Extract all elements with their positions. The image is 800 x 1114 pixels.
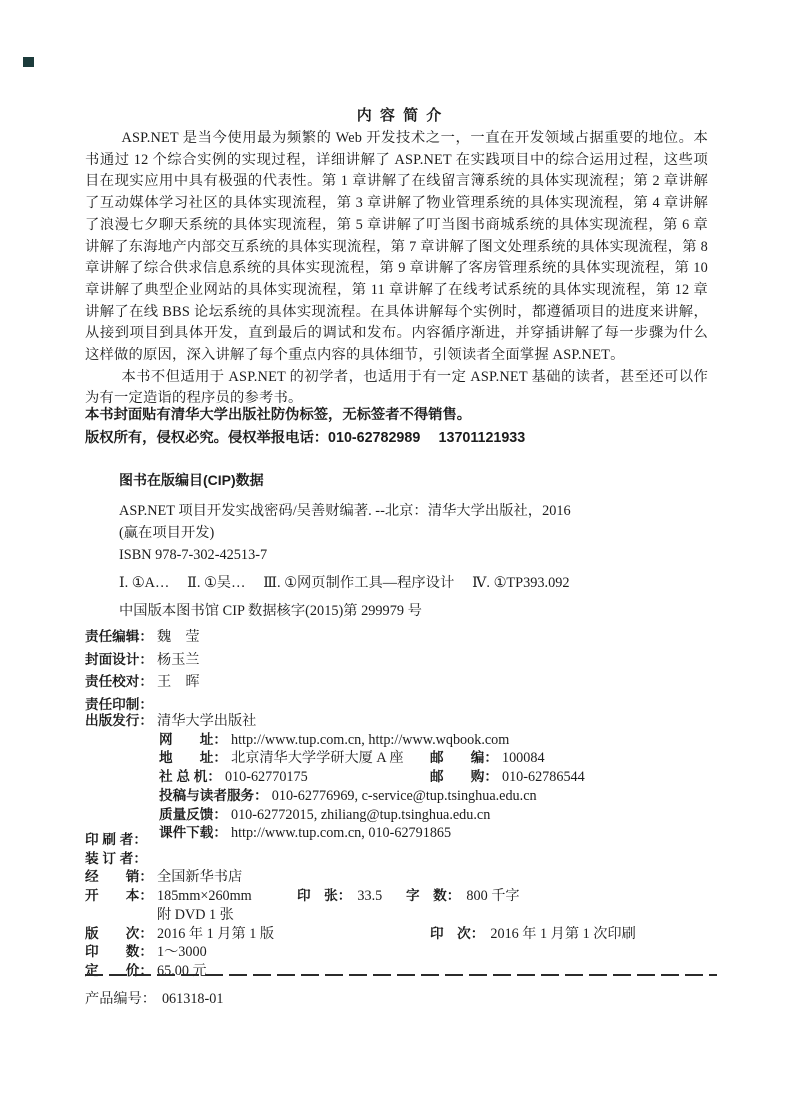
website-label: 网 址： bbox=[159, 731, 227, 750]
publisher-info: 出版发行：清华大学出版社 网 址：http://www.tup.com.cn, … bbox=[85, 712, 765, 843]
reader-service-row: 投稿与读者服务：010-62776969, c-service@tup.tsin… bbox=[85, 787, 765, 806]
product-number-label: 产品编号： bbox=[85, 988, 156, 1008]
format-label: 开 本： bbox=[85, 887, 157, 906]
postcode-value: 100084 bbox=[502, 750, 545, 766]
staff-row-editor: 责任编辑：魏 莹 bbox=[85, 626, 745, 649]
quality-feedback-label: 质量反馈： bbox=[159, 806, 227, 825]
staff-value: 杨玉兰 bbox=[157, 652, 200, 668]
distributor-row: 经 销：全国新华书店 bbox=[85, 868, 765, 887]
impression-cell: 印 次：2016 年 1 月第 1 次印刷 bbox=[430, 925, 636, 944]
publisher-website-row: 网 址：http://www.tup.com.cn, http://www.wq… bbox=[85, 731, 765, 750]
postcode-label: 邮 编： bbox=[430, 749, 498, 768]
staff-row-proofreader: 责任校对：王 晖 bbox=[85, 671, 745, 694]
publisher-row: 出版发行：清华大学出版社 bbox=[85, 712, 765, 731]
edition-value: 2016 年 1 月第 1 版 bbox=[157, 926, 274, 942]
price-label: 定 价： bbox=[85, 962, 157, 981]
switchboard-label: 社 总 机： bbox=[159, 768, 221, 787]
intro-paragraph-1: ASP.NET 是当今使用最为频繁的 Web 开发技术之一，一直在开发领域占据重… bbox=[85, 128, 708, 367]
distributor-value: 全国新华书店 bbox=[157, 869, 242, 885]
wordcount-cell: 字 数：800 千字 bbox=[406, 887, 520, 906]
staff-label: 责任编辑： bbox=[85, 626, 157, 648]
cip-title-line: ASP.NET 项目开发实战密码/吴善财编著. --北京：清华大学出版社，201… bbox=[119, 500, 739, 522]
notice-line-1: 本书封面贴有清华大学出版社防伪标签，无标签者不得销售。 bbox=[85, 404, 725, 427]
print-run-row: 印 数：1～3000 bbox=[85, 943, 765, 962]
corner-mark bbox=[23, 57, 34, 67]
price-row: 定 价：65.00 元 bbox=[85, 962, 765, 981]
cip-series-line: (赢在项目开发) bbox=[119, 522, 739, 544]
print-colophon: 印 刷 者： 装 订 者： 经 销：全国新华书店 开 本：185mm×260mm… bbox=[85, 831, 765, 981]
printer-label: 印 刷 者： bbox=[85, 831, 157, 850]
product-number-value: 061318-01 bbox=[162, 991, 223, 1007]
sheets-value: 33.5 bbox=[357, 888, 382, 904]
publisher-address-row: 地 址：北京清华大学学研大厦 A 座 邮 编：100084 bbox=[85, 749, 765, 768]
cip-classification: Ⅰ. ①A… Ⅱ. ①吴… Ⅲ. ①网页制作工具—程序设计 Ⅳ. ①TP393.… bbox=[119, 572, 739, 594]
binder-label: 装 订 者： bbox=[85, 850, 157, 869]
anti-piracy-notice: 本书封面贴有清华大学出版社防伪标签，无标签者不得销售。 版权所有，侵权必究。侵权… bbox=[85, 404, 725, 449]
print-run-label: 印 数： bbox=[85, 943, 157, 962]
mailorder-value: 010-62786544 bbox=[502, 769, 585, 785]
publisher-name: 清华大学出版社 bbox=[157, 713, 256, 729]
staff-row-cover-design: 封面设计：杨玉兰 bbox=[85, 649, 745, 672]
staff-label: 封面设计： bbox=[85, 649, 157, 671]
wordcount-value: 800 千字 bbox=[466, 888, 519, 904]
format-value: 185mm×260mm bbox=[157, 888, 252, 904]
edition-label: 版 次： bbox=[85, 925, 157, 944]
sheets-label: 印 张： bbox=[297, 887, 351, 906]
postcode-cell: 邮 编：100084 bbox=[430, 749, 545, 768]
notice-line-2: 版权所有，侵权必究。侵权举报电话：010-62782989 1370112193… bbox=[85, 427, 725, 450]
address-label: 地 址： bbox=[159, 749, 227, 768]
publisher-switchboard-row: 社 总 机：010-62770175 邮 购：010-62786544 bbox=[85, 768, 765, 787]
product-number-row: 产品编号：061318-01 bbox=[85, 988, 223, 1008]
cip-data-block: ASP.NET 项目开发实战密码/吴善财编著. --北京：清华大学出版社，201… bbox=[119, 500, 739, 622]
address-value: 北京清华大学学研大厦 A 座 bbox=[231, 750, 404, 766]
format-row: 开 本：185mm×260mm 印 张：33.5 字 数：800 千字 bbox=[85, 887, 765, 906]
impression-label: 印 次： bbox=[430, 925, 484, 944]
distributor-label: 经 销： bbox=[85, 868, 157, 887]
staff-label: 责任校对： bbox=[85, 671, 157, 693]
quality-feedback-row: 质量反馈：010-62772015, zhiliang@tup.tsinghua… bbox=[85, 806, 765, 825]
wordcount-label: 字 数： bbox=[406, 887, 460, 906]
quality-feedback-value: 010-62772015, zhiliang@tup.tsinghua.edu.… bbox=[231, 807, 490, 823]
dvd-value: 附 DVD 1 张 bbox=[157, 907, 234, 923]
mailorder-label: 邮 购： bbox=[430, 768, 498, 787]
reader-service-value: 010-62776969, c-service@tup.tsinghua.edu… bbox=[272, 788, 537, 804]
binder-row: 装 订 者： bbox=[85, 850, 765, 869]
section-title: 内 容 简 介 bbox=[0, 104, 800, 125]
price-value: 65.00 元 bbox=[157, 963, 207, 979]
impression-value: 2016 年 1 月第 1 次印刷 bbox=[490, 926, 635, 942]
dvd-attachment-row: 附 DVD 1 张 bbox=[85, 906, 765, 925]
book-introduction: ASP.NET 是当今使用最为频繁的 Web 开发技术之一，一直在开发领域占据重… bbox=[85, 128, 708, 410]
print-run-value: 1～3000 bbox=[157, 944, 207, 960]
reader-service-label: 投稿与读者服务： bbox=[159, 787, 268, 806]
cip-record-number: 中国版本图书馆 CIP 数据核字(2015)第 299979 号 bbox=[119, 600, 739, 622]
staff-value: 魏 莹 bbox=[157, 629, 200, 645]
website-value: http://www.tup.com.cn, http://www.wqbook… bbox=[231, 732, 509, 748]
book-copyright-page: 内 容 简 介 ASP.NET 是当今使用最为频繁的 Web 开发技术之一，一直… bbox=[0, 0, 800, 1114]
mailorder-cell: 邮 购：010-62786544 bbox=[430, 768, 585, 787]
dashed-divider bbox=[85, 974, 717, 976]
switchboard-value: 010-62770175 bbox=[225, 769, 308, 785]
staff-value: 王 晖 bbox=[157, 674, 200, 690]
publisher-label: 出版发行： bbox=[85, 712, 157, 731]
printer-row: 印 刷 者： bbox=[85, 831, 765, 850]
staff-credits: 责任编辑：魏 莹 封面设计：杨玉兰 责任校对：王 晖 责任印制： bbox=[85, 626, 745, 716]
edition-row: 版 次：2016 年 1 月第 1 版 印 次：2016 年 1 月第 1 次印… bbox=[85, 925, 765, 944]
cip-isbn: ISBN 978-7-302-42513-7 bbox=[119, 544, 739, 566]
cip-heading: 图书在版编目(CIP)数据 bbox=[119, 470, 264, 490]
sheets-cell: 印 张：33.5 bbox=[297, 887, 382, 906]
